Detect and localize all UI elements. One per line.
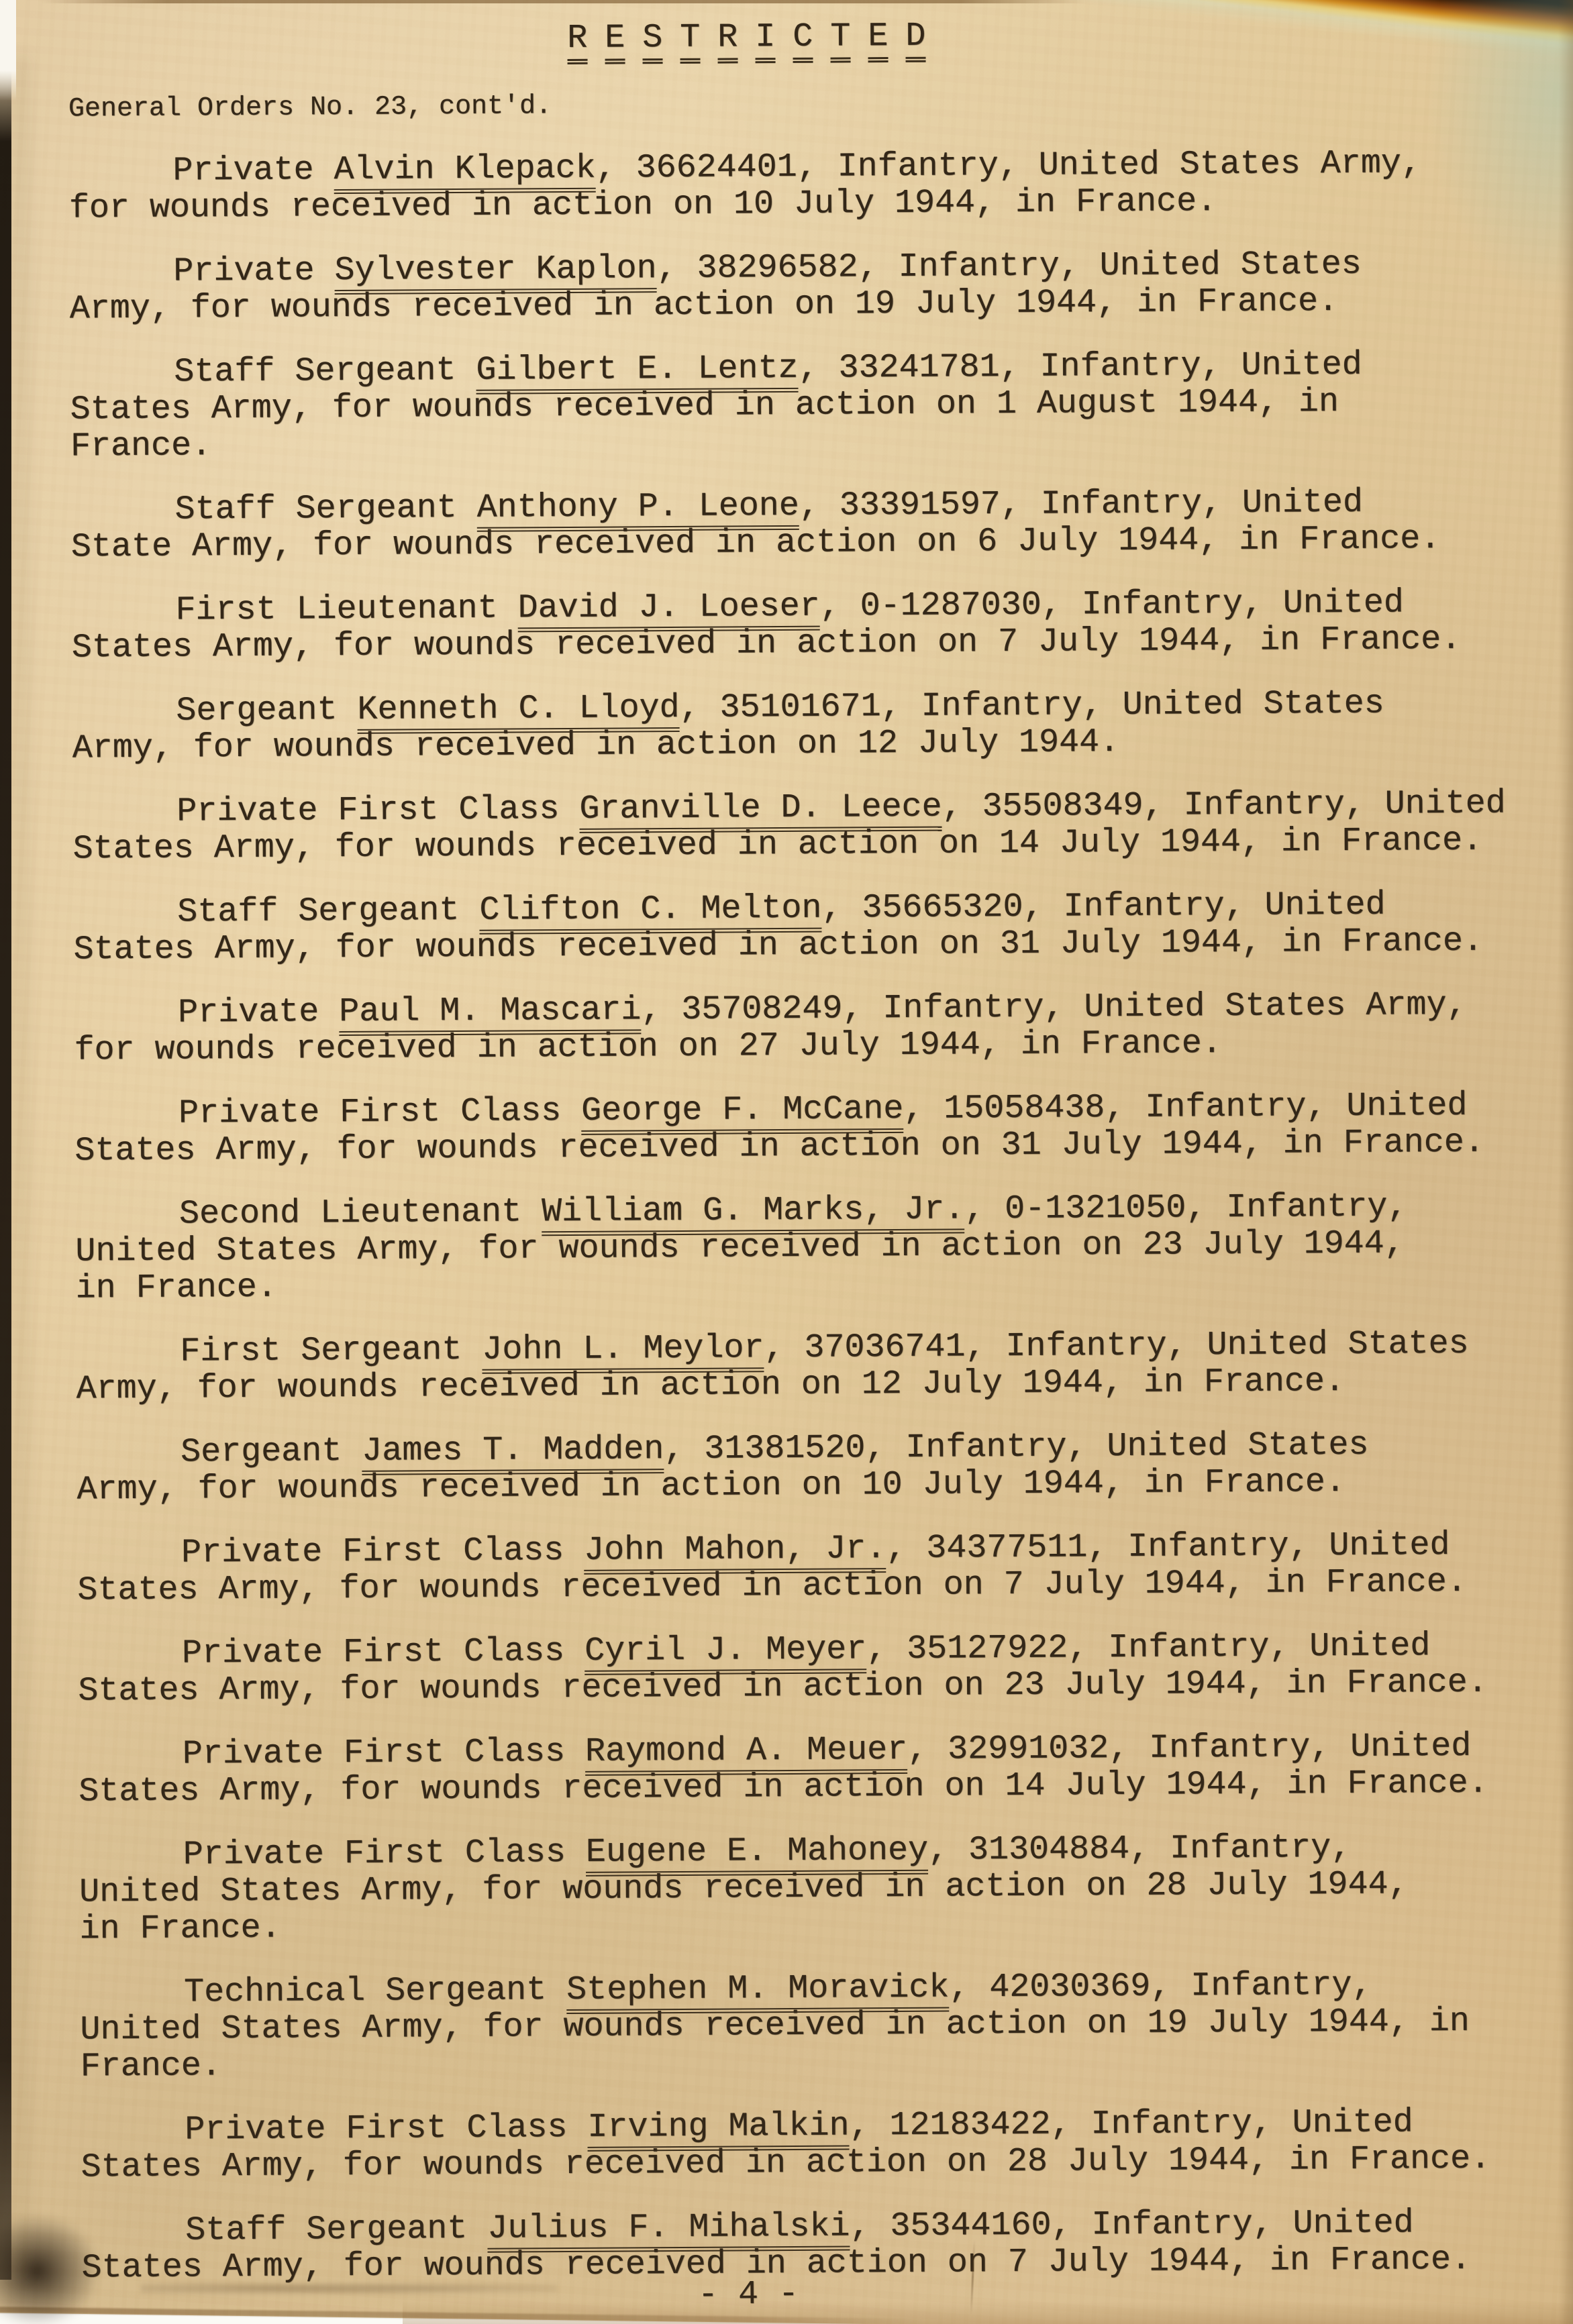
entry-line: for wounds received in action on 10 July… <box>69 181 1554 227</box>
order-entry: Private First Class Raymond A. Meuer, 32… <box>79 1728 1564 1811</box>
order-entry: Private Alvin Klepack, 36624401, Infantr… <box>68 144 1554 227</box>
entry-text: France. <box>81 2047 221 2086</box>
entry-text: States Army, for wounds received in acti… <box>77 1563 1467 1610</box>
scanner-edge-sliver <box>0 0 16 101</box>
classification-letter: I <box>755 19 775 63</box>
entry-text: , 12183422, Infantry, United <box>849 2103 1413 2145</box>
entry-text: Private First Class <box>179 1092 581 1133</box>
entry-line: Army, for wounds received in action on 1… <box>70 282 1554 328</box>
binding-edge-strip <box>0 52 11 2280</box>
order-entry: Private First Class Cyril J. Meyer, 3512… <box>78 1627 1563 1710</box>
scanned-page: RESTRICTED General Orders No. 23, cont'd… <box>0 0 1573 2324</box>
entry-text: , 34377511, Infantry, United <box>886 1526 1450 1568</box>
entry-text: Private <box>173 252 334 290</box>
order-entry: Staff Sergeant Clifton C. Melton, 356653… <box>73 886 1558 969</box>
classification-letter: E <box>605 19 625 64</box>
classification-letter: R <box>717 19 738 63</box>
classification-letter: D <box>905 18 925 62</box>
entry-text: , 35708249, Infantry, United States Army… <box>641 986 1467 1030</box>
classification-letter: R <box>567 20 587 64</box>
entry-text: States Army, for wounds received in acti… <box>73 922 1483 969</box>
entry-text: , 33391597, Infantry, United <box>799 484 1363 525</box>
entry-text: Second Lieutenant <box>179 1193 542 1233</box>
order-entry: First Lieutenant David J. Loeser, 0-1287… <box>71 584 1556 667</box>
entry-text: , 31381520, Infantry, United States <box>664 1426 1369 1469</box>
entry-text: Private First Class <box>183 1733 585 1774</box>
entry-text: First Sergeant <box>180 1331 482 1371</box>
entry-text: Private First Class <box>182 1632 585 1673</box>
order-entry: Private Paul M. Mascari, 35708249, Infan… <box>74 986 1559 1069</box>
order-entry: First Sergeant John L. Meylor, 37036741,… <box>76 1325 1561 1408</box>
entry-line: Army, for wounds received in action on 1… <box>72 721 1557 768</box>
entry-line: States Army, for wounds received in acti… <box>79 1764 1563 1811</box>
entry-text: Sergeant <box>181 1432 362 1472</box>
order-entry: Private First Class John Mahon, Jr., 343… <box>77 1526 1562 1609</box>
entry-text: in France. <box>76 1269 277 1308</box>
entry-text: States Army, for wounds received in acti… <box>78 1664 1488 1711</box>
entry-line: States Army, for wounds received in acti… <box>73 922 1558 969</box>
entry-line: States Army, for wounds received in acti… <box>74 1124 1559 1170</box>
entry-text: , 35665320, Infantry, United <box>821 886 1385 928</box>
classification-letter: C <box>793 19 813 63</box>
typewritten-content: RESTRICTED General Orders No. 23, cont'd… <box>0 0 1573 2287</box>
entry-line: for wounds received in action on 27 July… <box>74 1023 1558 1069</box>
entry-text: in France. <box>79 1909 281 1949</box>
entry-text: Staff Sergeant <box>174 489 476 529</box>
order-entry: Private First Class George F. McCane, 15… <box>74 1087 1560 1170</box>
entry-text: States Army, for wounds received in acti… <box>79 1764 1488 1811</box>
classification-letter: T <box>830 18 850 62</box>
entry-text: United States Army, for wounds received … <box>79 1865 1409 1911</box>
entry-text: , 15058438, Infantry, United <box>903 1087 1467 1128</box>
order-entry: Sergeant James T. Madden, 31381520, Infa… <box>77 1426 1562 1509</box>
entry-text: , 32991032, Infantry, United <box>907 1728 1471 1769</box>
entry-text: , 0-1287030, Infantry, United <box>820 584 1404 625</box>
ink-smudge <box>141 2280 557 2297</box>
entry-line: States Army, for wounds received in acti… <box>81 2140 1566 2186</box>
entry-text: Staff Sergeant <box>185 2210 487 2250</box>
entry-text: , 0-1321050, Infantry, <box>964 1187 1407 1228</box>
entries: Private Alvin Klepack, 36624401, Infantr… <box>68 144 1566 2286</box>
entry-text: Staff Sergeant <box>177 892 479 932</box>
classification-letter: S <box>642 19 662 64</box>
right-edge-shadow <box>1558 0 1573 2324</box>
entry-text: Army, for wounds received in action on 1… <box>72 723 1120 768</box>
entry-text: Private First Class <box>185 2109 587 2150</box>
entry-text: France. <box>70 427 211 466</box>
entry-line: Army, for wounds received in action on 1… <box>76 1362 1560 1408</box>
order-entry: Private First Class Irving Malkin, 12183… <box>81 2103 1566 2186</box>
order-entry: Staff Sergeant Anthony P. Leone, 3339159… <box>70 483 1556 566</box>
entry-text: , 35508349, Infantry, United <box>942 784 1505 826</box>
entry-line: States Army, for wounds received in acti… <box>78 1664 1562 1710</box>
order-entry: Second Lieutenant William G. Marks, Jr.,… <box>75 1187 1560 1308</box>
order-entry: Private First Class Granville D. Leece, … <box>72 785 1558 868</box>
entry-text: Private <box>178 993 339 1032</box>
entry-text: States Army, for wounds received in acti… <box>73 822 1483 869</box>
entry-text: Private First Class <box>183 1834 586 1874</box>
entry-text: , 33241781, Infantry, United <box>798 346 1362 388</box>
order-entry: Private Sylvester Kaplon, 38296582, Infa… <box>69 245 1554 328</box>
entry-text: , 42030369, Infantry, <box>949 1966 1372 2007</box>
entry-text: States Army, for wounds received in acti… <box>72 621 1462 668</box>
entry-text: for wounds received in action on 10 July… <box>69 182 1217 227</box>
entry-line: State Army, for wounds received in actio… <box>71 520 1556 566</box>
entry-line: States Army, for wounds received in acti… <box>72 621 1556 667</box>
order-entry: Private First Class Eugene E. Mahoney, 3… <box>79 1828 1564 1948</box>
entry-text: , 35101671, Infantry, United States <box>679 685 1384 727</box>
entry-text: Army, for wounds received in action on 1… <box>70 282 1339 329</box>
entry-text: for wounds received in action on 27 July… <box>74 1024 1222 1069</box>
entry-text: Army, for wounds received in action on 1… <box>77 1463 1346 1510</box>
entry-text: , 35344160, Infantry, United <box>850 2204 1413 2246</box>
entry-text: Private First Class <box>176 790 579 831</box>
bottom-edge-shadow <box>403 2301 1573 2324</box>
classification-letter: T <box>680 19 700 64</box>
entry-text: Technical Sergeant <box>184 1971 566 2011</box>
entry-line: Army, for wounds received in action on 1… <box>77 1463 1561 1509</box>
entry-text: Staff Sergeant <box>174 352 476 392</box>
entry-text: Private <box>172 151 334 190</box>
entry-text: States Army, for wounds received in acti… <box>81 2140 1491 2187</box>
entry-text: States Army, for wounds received in acti… <box>70 383 1339 429</box>
entry-text: , 37036741, Infantry, United States <box>764 1325 1469 1367</box>
entry-text: , 38296582, Infantry, United States <box>656 246 1362 288</box>
order-entry: Technical Sergeant Stephen M. Moravick, … <box>80 1966 1565 2086</box>
entry-text: Sergeant <box>176 691 357 731</box>
entry-text: , 31304884, Infantry, <box>928 1829 1351 1870</box>
paper-top-edge <box>40 0 1087 3</box>
entry-line: States Army, for wounds received in acti… <box>77 1563 1562 1609</box>
entry-text: United States Army, for wounds received … <box>75 1224 1405 1271</box>
entry-text: State Army, for wounds received in actio… <box>71 520 1441 566</box>
entry-text: States Army, for wounds received in acti… <box>74 1124 1484 1171</box>
entry-text: First Lieutenant <box>175 589 517 629</box>
entry-text: , 36624401, Infantry, United States Army… <box>595 144 1421 188</box>
entry-text: , 35127922, Infantry, United <box>866 1627 1430 1669</box>
entry-line: States Army, for wounds received in acti… <box>73 822 1558 868</box>
order-entry: Staff Sergeant Julius F. Mihalski, 35344… <box>81 2204 1566 2287</box>
entry-text: Private First Class <box>181 1532 584 1573</box>
classification-letter: E <box>868 18 888 62</box>
order-entry: Staff Sergeant Gilbert E. Lentz, 3324178… <box>70 346 1555 466</box>
order-entry: Sergeant Kenneth C. Lloyd, 35101671, Inf… <box>72 684 1557 768</box>
continuation-header: General Orders No. 23, cont'd. <box>68 84 1553 127</box>
entry-text: Army, for wounds received in action on 1… <box>76 1363 1345 1409</box>
